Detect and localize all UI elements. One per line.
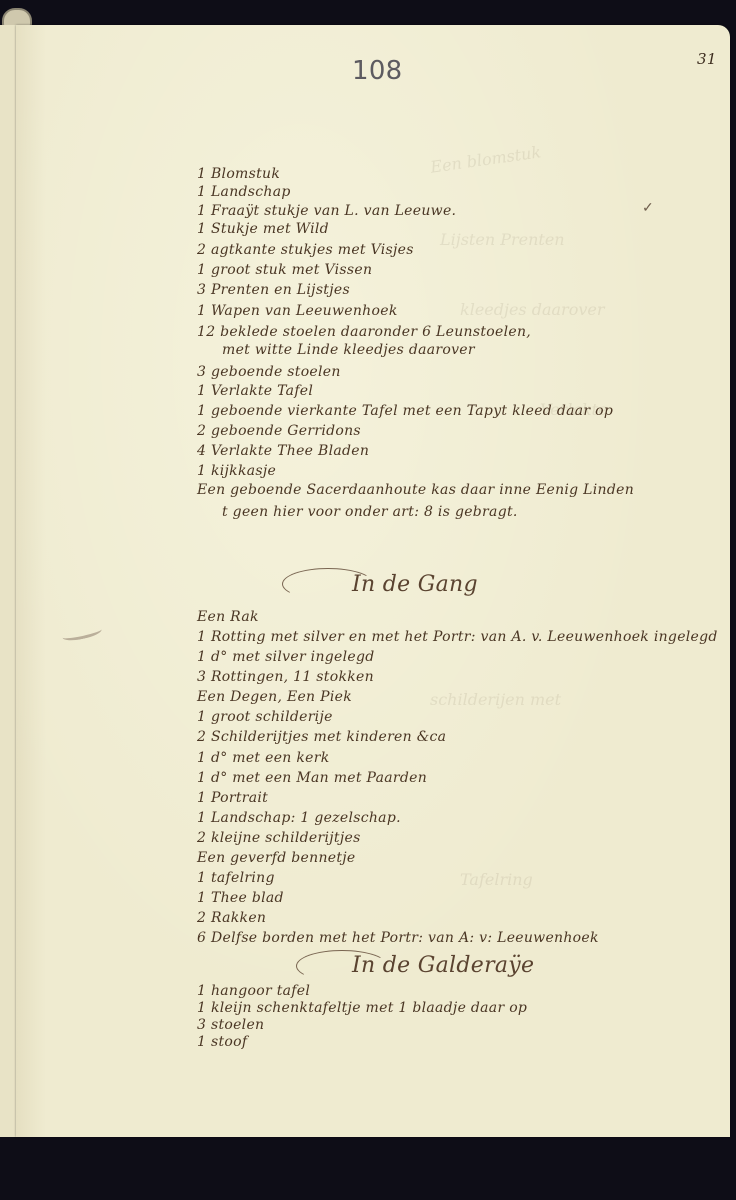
- list-item: 6 Delfse borden met het Portr: van A: v:…: [197, 930, 599, 946]
- bleed-through-text: Lijsten Prenten: [440, 230, 565, 249]
- bleed-through-text: schilderijen met: [430, 690, 561, 709]
- bleed-through-text: kleedjes daarover: [460, 300, 604, 319]
- previous-page-edge: [0, 25, 17, 1137]
- list-item: 1 d° met silver ingelegd: [197, 649, 375, 665]
- list-item: 3 stoelen: [197, 1017, 264, 1033]
- bleed-through-text: Tafelring: [460, 870, 533, 889]
- list-item: 1 Wapen van Leeuwenhoek: [197, 303, 398, 319]
- list-item: 1 kleijn schenktafeltje met 1 blaadje da…: [197, 1000, 527, 1016]
- list-item: 3 Rottingen, 11 stokken: [197, 669, 374, 685]
- section-heading: In de Gang: [352, 572, 478, 597]
- list-item-continuation: met witte Linde kleedjes daarover: [222, 342, 475, 358]
- list-item: 1 groot stuk met Vissen: [197, 262, 372, 278]
- list-item: 1 Fraaÿt stukje van L. van Leeuwe.: [197, 203, 456, 219]
- list-item: 2 kleijne schilderijtjes: [197, 830, 361, 846]
- list-item: 1 geboende vierkante Tafel met een Tapyt…: [197, 403, 613, 419]
- list-item: 1 tafelring: [197, 870, 275, 886]
- list-item: 1 Landschap: [197, 184, 291, 200]
- list-item: 1 d° met een Man met Paarden: [197, 770, 427, 786]
- margin-check-mark: ✓: [642, 200, 654, 216]
- list-item: 2 geboende Gerridons: [197, 423, 361, 439]
- list-item: 1 Stukje met Wild: [197, 221, 329, 237]
- list-item: 1 kijkkasje: [197, 463, 276, 479]
- list-item: 12 beklede stoelen daaronder 6 Leunstoel…: [197, 324, 531, 340]
- list-item: 3 geboende stoelen: [197, 364, 341, 380]
- list-item: Een geverfd bennetje: [197, 850, 356, 866]
- list-item: 1 d° met een kerk: [197, 750, 330, 766]
- list-item: 1 hangoor tafel: [197, 983, 310, 999]
- list-item: Een geboende Sacerdaanhoute kas daar inn…: [197, 482, 634, 498]
- list-item: Een Degen, Een Piek: [197, 689, 352, 705]
- list-item: 1 groot schilderije: [197, 709, 333, 725]
- list-item: 1 Verlakte Tafel: [197, 383, 313, 399]
- list-item: 1 Thee blad: [197, 890, 284, 906]
- list-item: 3 Prenten en Lijstjes: [197, 282, 350, 298]
- list-item: Een Rak: [197, 609, 259, 625]
- section-heading: In de Galderaÿe: [352, 953, 534, 978]
- list-item: 1 stoof: [197, 1034, 247, 1050]
- list-item: 2 agtkante stukjes met Visjes: [197, 242, 414, 258]
- list-item: 2 Schilderijtjes met kinderen &ca: [197, 729, 446, 745]
- list-item: 1 Rotting met silver en met het Portr: v…: [197, 629, 718, 645]
- list-item: 1 Portrait: [197, 790, 268, 806]
- pencil-page-number: 108: [352, 56, 403, 86]
- list-item: 2 Rakken: [197, 910, 266, 926]
- folio-number: 31: [697, 50, 717, 68]
- list-item-continuation: t geen hier voor onder art: 8 is gebragt…: [222, 504, 518, 520]
- list-item: 4 Verlakte Thee Bladen: [197, 443, 369, 459]
- list-item: 1 Landschap: 1 gezelschap.: [197, 810, 401, 826]
- list-item: 1 Blomstuk: [197, 166, 280, 182]
